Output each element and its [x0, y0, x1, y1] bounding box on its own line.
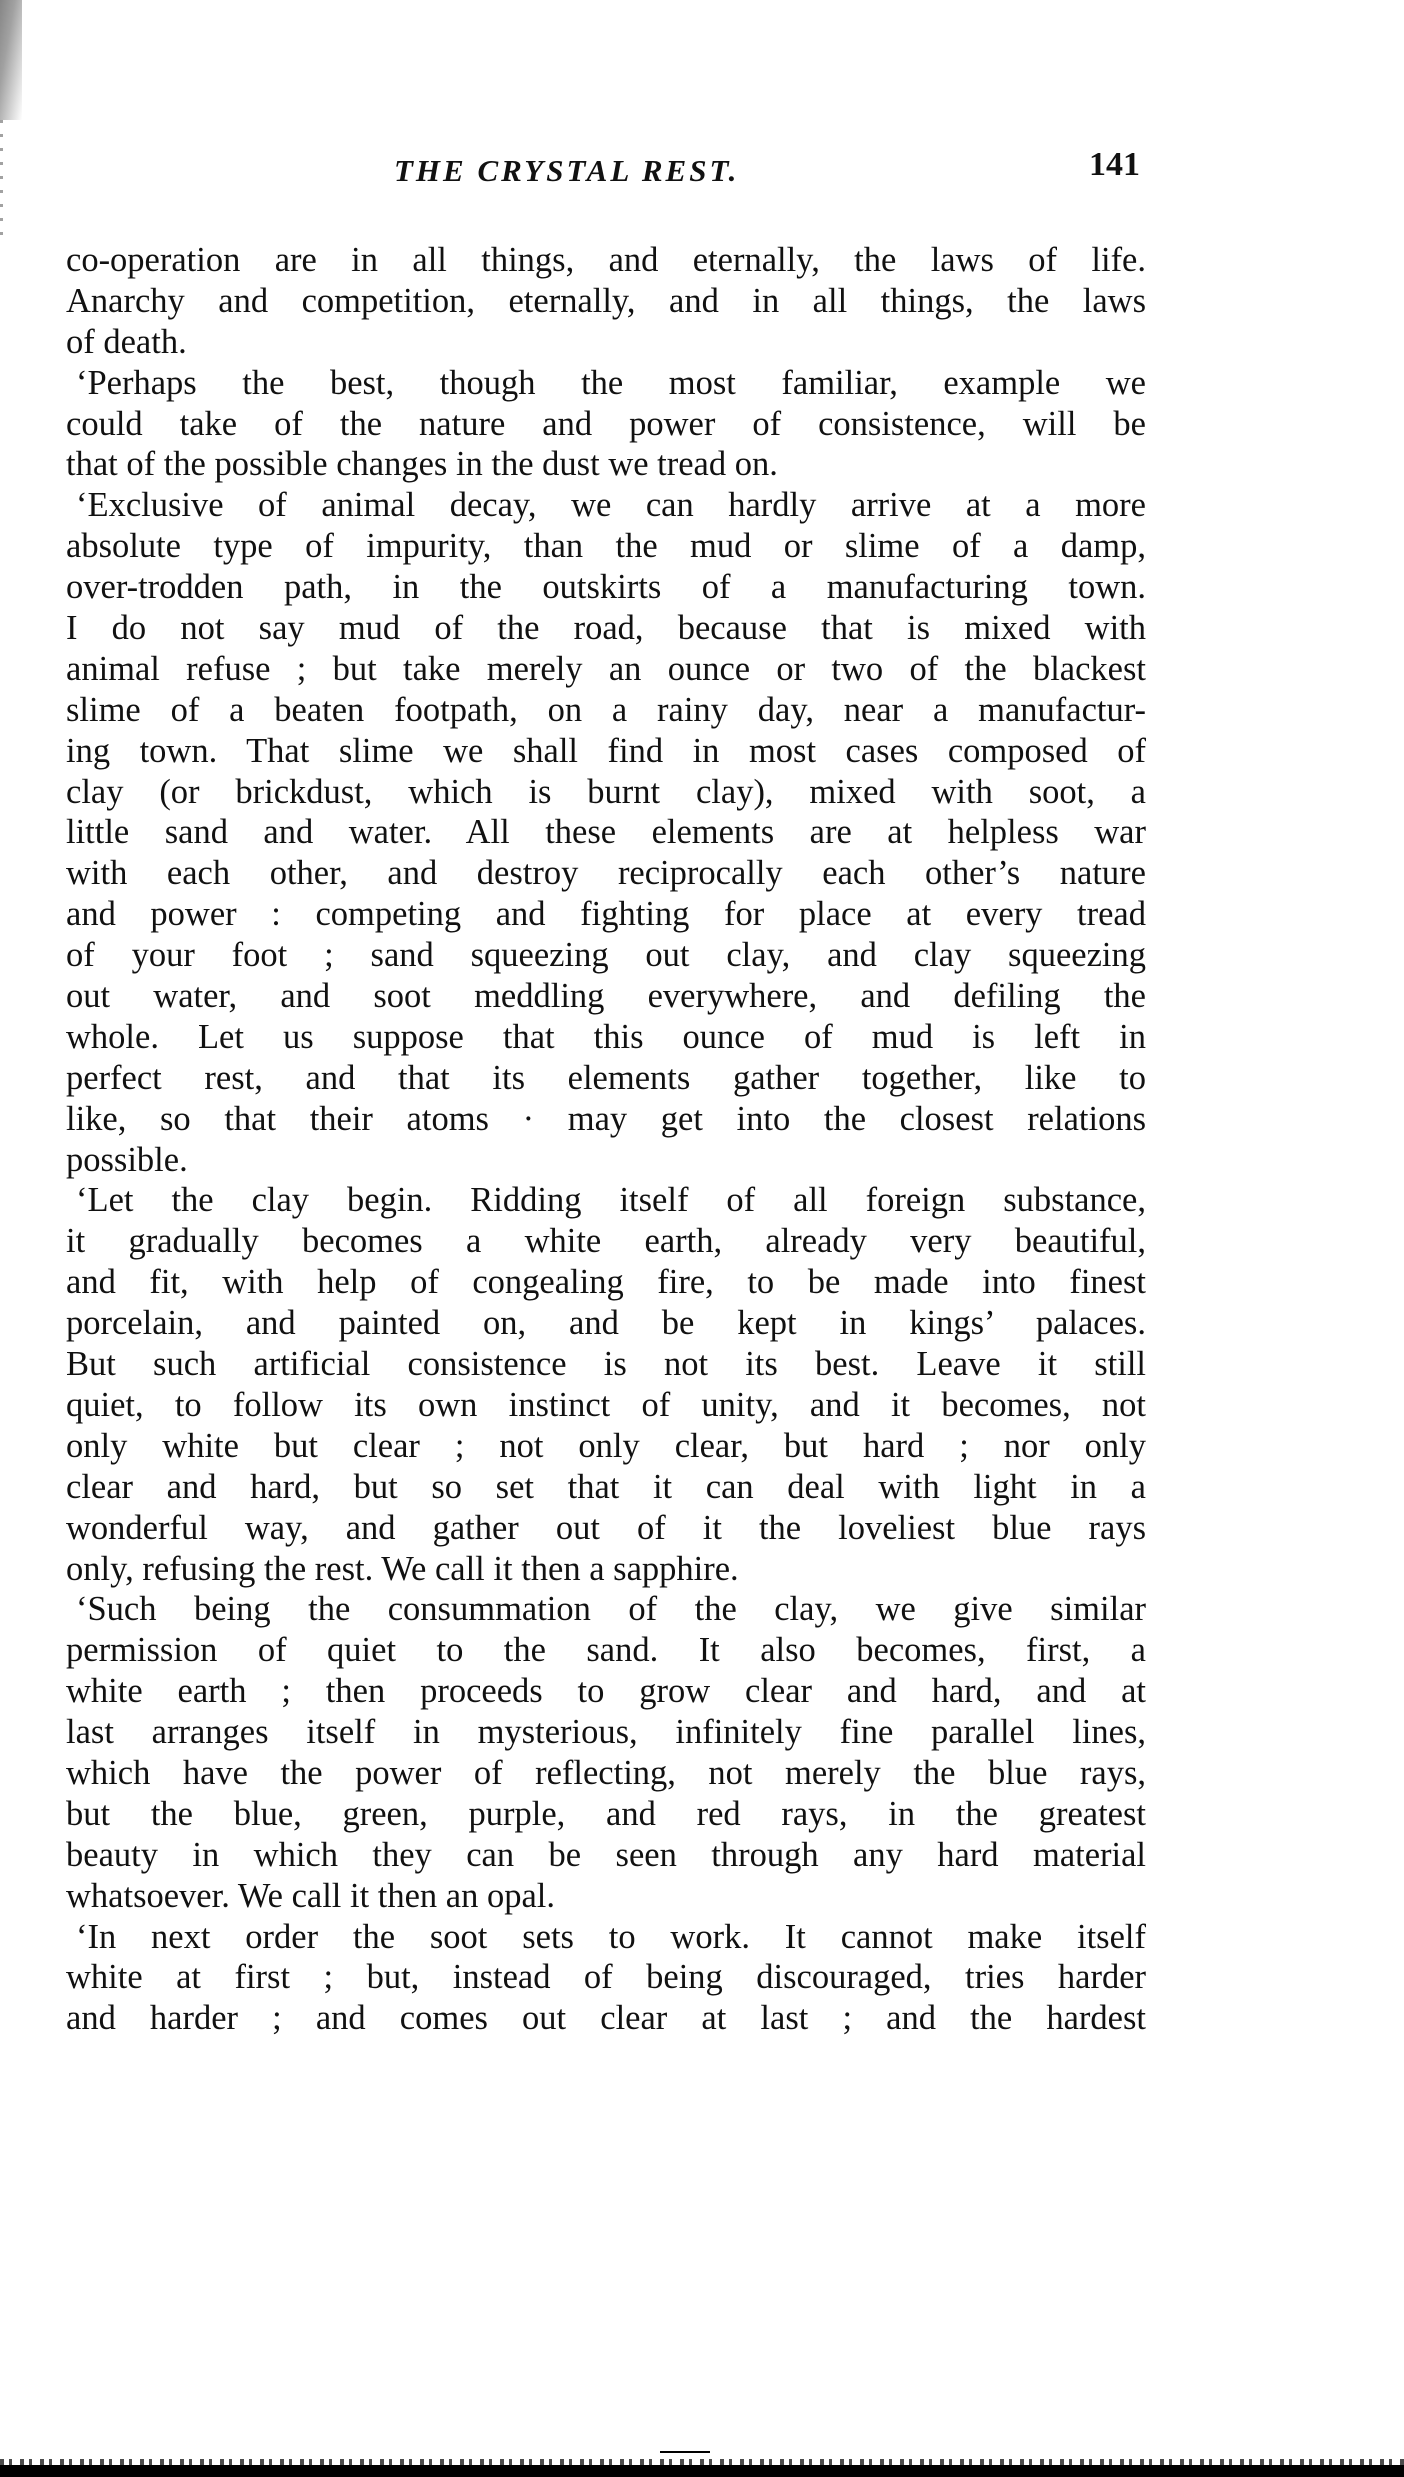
text-line: clear and hard, but so set that it can d… [66, 1467, 1146, 1508]
text-line: quiet, to follow its own instinct of uni… [66, 1385, 1146, 1426]
text-line: But such artificial consistence is not i… [66, 1344, 1146, 1385]
text-line: beauty in which they can be seen through… [66, 1835, 1146, 1876]
paragraph-end-line: possible. [66, 1140, 1146, 1181]
paragraph-start-line: ‘Perhaps the best, though the most famil… [66, 363, 1146, 404]
text-line: wonderful way, and gather out of it the … [66, 1508, 1146, 1549]
text-line: whole. Let us suppose that this ounce of… [66, 1017, 1146, 1058]
text-line: and power : competing and fighting for p… [66, 894, 1146, 935]
text-line: it gradually becomes a white earth, alre… [66, 1221, 1146, 1262]
text-line: clay (or brickdust, which is burnt clay)… [66, 772, 1146, 813]
text-line: permission of quiet to the sand. It also… [66, 1630, 1146, 1671]
scan-shadow-corner [0, 0, 22, 120]
scan-bottom-edge [0, 2465, 1404, 2477]
paragraph-start-line: ‘In next order the soot sets to work. It… [66, 1917, 1146, 1958]
running-title: THE CRYSTAL REST. [394, 146, 739, 196]
text-line: and harder ; and comes out clear at last… [66, 1998, 1146, 2039]
paragraph-start-line: ‘Such being the consummation of the clay… [66, 1589, 1146, 1630]
page-number: 141 [1089, 140, 1140, 190]
paragraph-start-line: ‘Exclusive of animal decay, we can hardl… [66, 485, 1146, 526]
running-head: THE CRYSTAL REST. 141 [66, 146, 1146, 196]
text-line: absolute type of impurity, than the mud … [66, 526, 1146, 567]
text-line: white earth ; then proceeds to grow clea… [66, 1671, 1146, 1712]
paragraph-end-line: that of the possible changes in the dust… [66, 444, 1146, 485]
text-line: only white but clear ; not only clear, b… [66, 1426, 1146, 1467]
paragraph-end-line: only, refusing the rest. We call it then… [66, 1549, 1146, 1590]
paragraph-end-line: of death. [66, 322, 1146, 363]
paragraph-end-line: whatsoever. We call it then an opal. [66, 1876, 1146, 1917]
text-line: and fit, with help of congealing fire, t… [66, 1262, 1146, 1303]
paragraph-start-line: ‘Let the clay begin. Ridding itself of a… [66, 1180, 1146, 1221]
text-line: out water, and soot meddling everywhere,… [66, 976, 1146, 1017]
text-line: over-trodden path, in the outskirts of a… [66, 567, 1146, 608]
text-line: like, so that their atoms · may get into… [66, 1099, 1146, 1140]
text-line: of your foot ; sand squeezing out clay, … [66, 935, 1146, 976]
text-line: perfect rest, and that its elements gath… [66, 1058, 1146, 1099]
text-line: porcelain, and painted on, and be kept i… [66, 1303, 1146, 1344]
text-line: co-operation are in all things, and eter… [66, 240, 1146, 281]
text-line: little sand and water. All these element… [66, 812, 1146, 853]
text-line: I do not say mud of the road, because th… [66, 608, 1146, 649]
scan-mark [660, 2451, 710, 2453]
scan-shadow-edge [0, 120, 3, 240]
text-line: could take of the nature and power of co… [66, 404, 1146, 445]
text-line: last arranges itself in mysterious, infi… [66, 1712, 1146, 1753]
text-line: which have the power of reflecting, not … [66, 1753, 1146, 1794]
text-line: ing town. That slime we shall find in mo… [66, 731, 1146, 772]
text-line: slime of a beaten footpath, on a rainy d… [66, 690, 1146, 731]
text-line: with each other, and destroy reciprocall… [66, 853, 1146, 894]
text-line: but the blue, green, purple, and red ray… [66, 1794, 1146, 1835]
text-line: animal refuse ; but take merely an ounce… [66, 649, 1146, 690]
body-text: co-operation are in all things, and eter… [66, 240, 1146, 2039]
text-line: white at first ; but, instead of being d… [66, 1957, 1146, 1998]
text-line: Anarchy and competition, eternally, and … [66, 281, 1146, 322]
